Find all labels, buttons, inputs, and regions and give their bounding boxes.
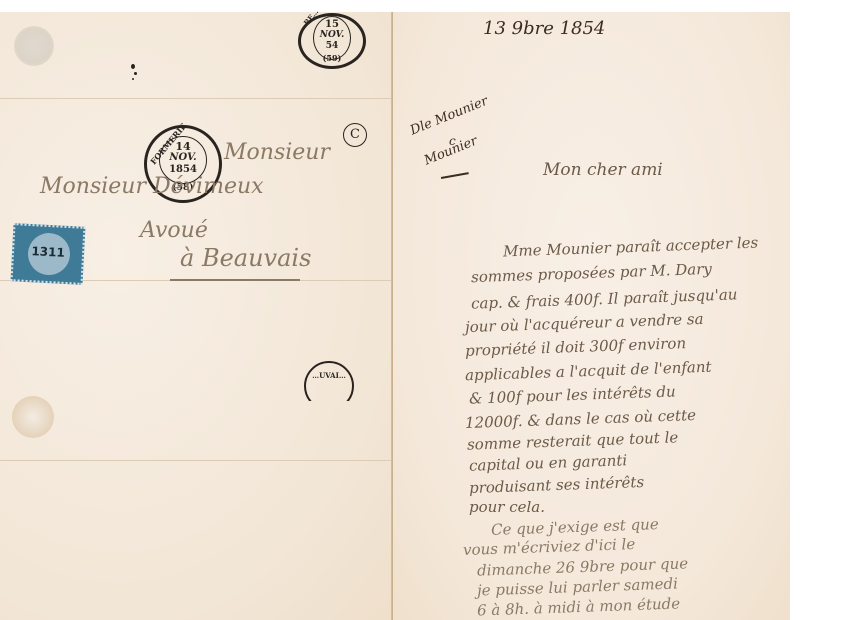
ink-spot — [134, 72, 137, 75]
postmark-partial: …UVAI… — [304, 361, 356, 401]
address-underline — [170, 279, 300, 281]
address-panel: BE… 15 NOV. 54 (59) FORMERIE 14 NOV. 185… — [0, 12, 392, 620]
ink-spot — [132, 78, 134, 80]
fold-line — [0, 460, 392, 461]
wax-seal-mark — [14, 26, 54, 66]
postal-mark-c: C — [343, 123, 367, 147]
letter-sheet: BE… 15 NOV. 54 (59) FORMERIE 14 NOV. 185… — [0, 12, 790, 620]
postage-stamp: 1311 — [11, 223, 86, 285]
fold-line — [0, 98, 392, 99]
postmark-destination: BE… 15 NOV. 54 (59) — [298, 13, 366, 69]
ink-spot — [131, 64, 135, 69]
letter-panel: 13 9bre 1854 Dle Mounier c Mounier Mon c… — [393, 12, 790, 620]
wax-seal-mark — [12, 396, 54, 438]
